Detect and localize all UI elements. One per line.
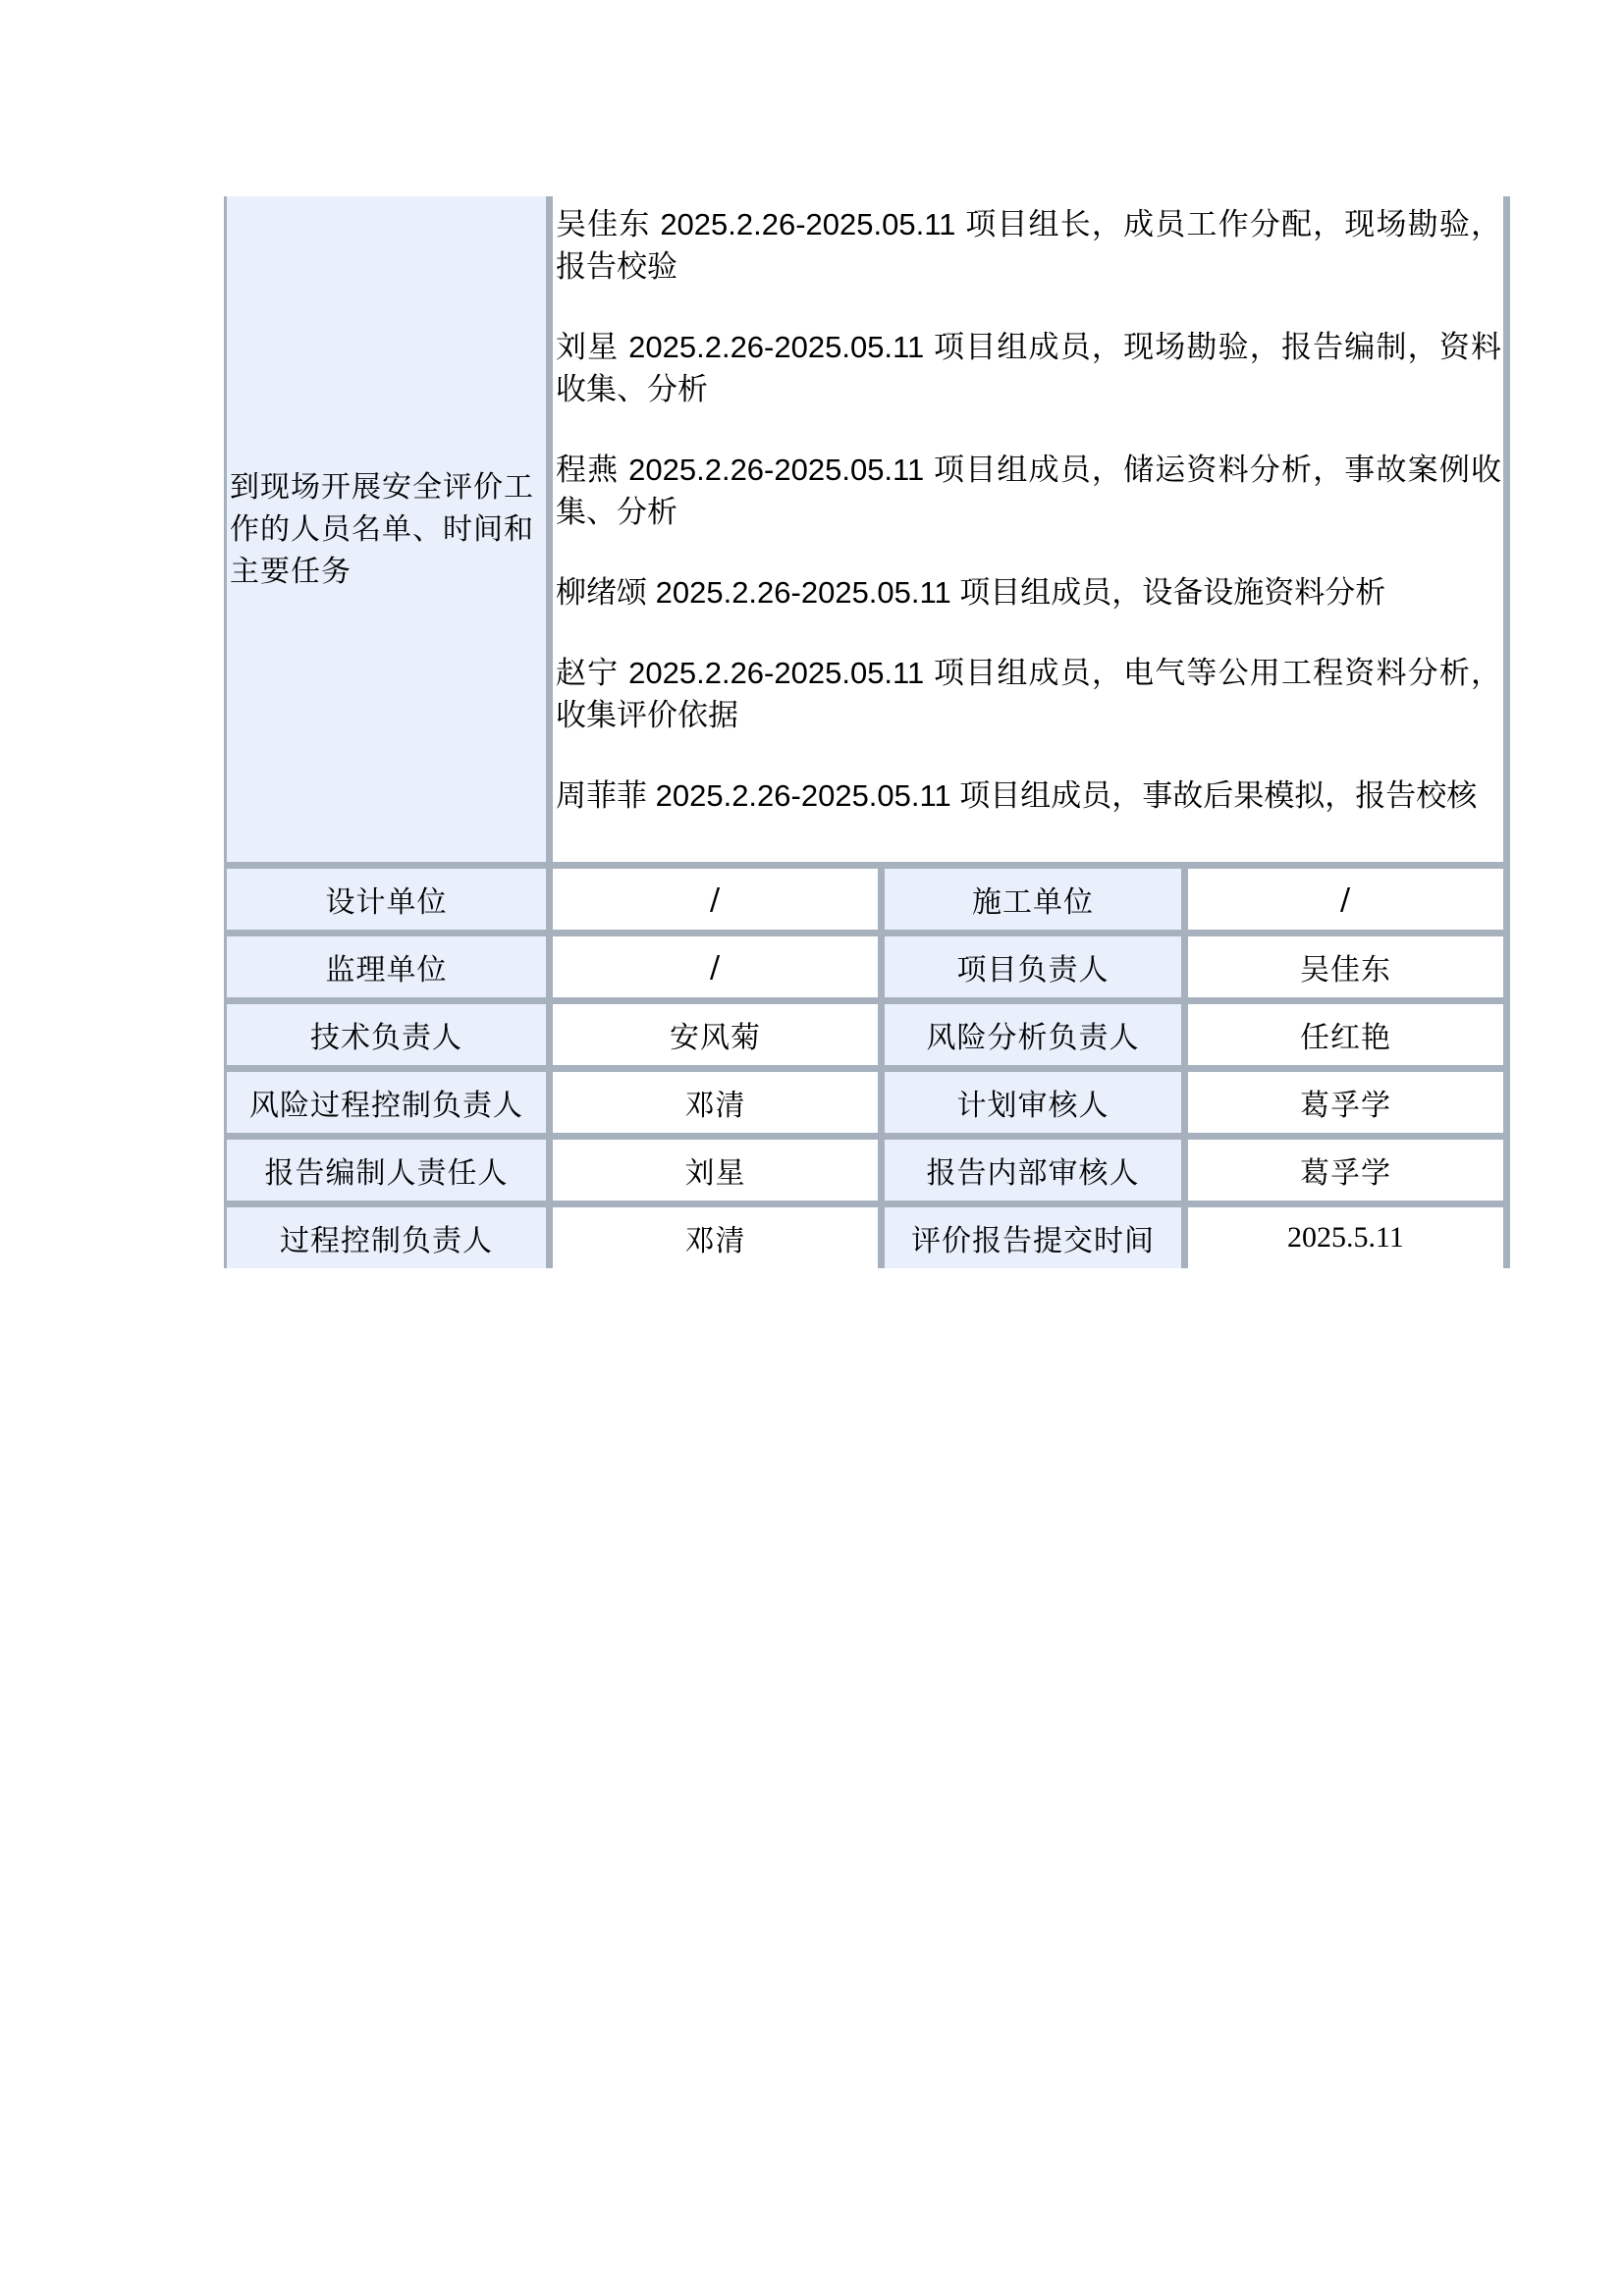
- label-cell: 技术负责人: [224, 1004, 546, 1065]
- row-divider: [224, 1201, 1510, 1207]
- column-divider: [546, 1072, 553, 1133]
- column-divider: [878, 869, 885, 930]
- table-row: 风险过程控制负责人 邓清 计划审核人 葛孚学: [224, 1065, 1510, 1133]
- table-row: 报告编制人责任人 刘星 报告内部审核人 葛孚学: [224, 1133, 1510, 1201]
- label-cell: 设计单位: [224, 869, 546, 930]
- table-row: 过程控制负责人 邓清 评价报告提交时间 2025.5.11: [224, 1201, 1510, 1268]
- right-border: [1503, 869, 1510, 930]
- member-entry: 刘星 2025.2.26-2025.05.11 项目组成员，现场勘验，报告编制，…: [556, 326, 1501, 410]
- value-cell: 邓清: [553, 1072, 878, 1133]
- right-border: [1503, 936, 1510, 997]
- table-row: 设计单位 / 施工单位 /: [224, 862, 1510, 930]
- value-cell: 邓清: [553, 1207, 878, 1268]
- column-divider: [1181, 1004, 1188, 1065]
- table-row: 监理单位 / 项目负责人 吴佳东: [224, 930, 1510, 997]
- value-cell: 安风菊: [553, 1004, 878, 1065]
- row-divider: [224, 997, 1510, 1004]
- personnel-section: 到现场开展安全评价工作的人员名单、时间和主要任务 吴佳东 2025.2.26-2…: [224, 196, 1510, 862]
- member-entry: 柳绪颂 2025.2.26-2025.05.11 项目组成员，设备设施资料分析: [556, 571, 1501, 614]
- personnel-label-cell: 到现场开展安全评价工作的人员名单、时间和主要任务: [224, 196, 546, 862]
- column-divider: [1181, 1207, 1188, 1268]
- row-divider: [224, 862, 1510, 869]
- column-divider: [1181, 869, 1188, 930]
- label-cell: 项目负责人: [885, 936, 1181, 997]
- member-entry: 赵宁 2025.2.26-2025.05.11 项目组成员，电气等公用工程资料分…: [556, 652, 1501, 736]
- right-border: [1503, 1207, 1510, 1268]
- value-cell: /: [553, 869, 878, 930]
- right-border: [1503, 1004, 1510, 1065]
- column-divider: [546, 1207, 553, 1268]
- column-divider: [878, 1140, 885, 1201]
- column-divider: [878, 1072, 885, 1133]
- label-cell: 评价报告提交时间: [885, 1207, 1181, 1268]
- right-border: [1503, 1140, 1510, 1201]
- row-divider: [224, 1133, 1510, 1140]
- column-divider: [878, 1207, 885, 1268]
- label-cell: 报告编制人责任人: [224, 1140, 546, 1201]
- row-divider: [224, 930, 1510, 936]
- column-divider: [546, 869, 553, 930]
- value-cell: /: [1188, 869, 1503, 930]
- label-cell: 监理单位: [224, 936, 546, 997]
- column-divider: [546, 936, 553, 997]
- column-divider: [546, 1140, 553, 1201]
- column-divider: [1181, 1140, 1188, 1201]
- responsibility-grid: 设计单位 / 施工单位 / 监理单位 / 项目负责人 吴佳东: [224, 862, 1510, 1268]
- value-cell: 葛孚学: [1188, 1072, 1503, 1133]
- value-cell: 葛孚学: [1188, 1140, 1503, 1201]
- value-cell: 吴佳东: [1188, 936, 1503, 997]
- column-divider: [546, 196, 553, 862]
- value-cell: 任红艳: [1188, 1004, 1503, 1065]
- column-divider: [1181, 1072, 1188, 1133]
- column-divider: [546, 1004, 553, 1065]
- right-border: [1503, 1072, 1510, 1133]
- submission-date-cell: 2025.5.11: [1188, 1207, 1503, 1268]
- member-entry: 程燕 2025.2.26-2025.05.11 项目组成员，储运资料分析，事故案…: [556, 449, 1501, 533]
- personnel-label: 到现场开展安全评价工作的人员名单、时间和主要任务: [230, 466, 544, 593]
- document-page: 到现场开展安全评价工作的人员名单、时间和主要任务 吴佳东 2025.2.26-2…: [0, 0, 1624, 2296]
- member-entry: 周菲菲 2025.2.26-2025.05.11 项目组成员，事故后果模拟，报告…: [556, 774, 1501, 817]
- value-cell: 刘星: [553, 1140, 878, 1201]
- label-cell: 报告内部审核人: [885, 1140, 1181, 1201]
- column-divider: [878, 1004, 885, 1065]
- row-divider: [224, 1065, 1510, 1072]
- label-cell: 计划审核人: [885, 1072, 1181, 1133]
- value-cell: /: [553, 936, 878, 997]
- label-cell: 过程控制负责人: [224, 1207, 546, 1268]
- label-cell: 风险分析负责人: [885, 1004, 1181, 1065]
- table-row: 技术负责人 安风菊 风险分析负责人 任红艳: [224, 997, 1510, 1065]
- label-cell: 风险过程控制负责人: [224, 1072, 546, 1133]
- member-entry: 吴佳东 2025.2.26-2025.05.11 项目组长，成员工作分配，现场勘…: [556, 203, 1501, 288]
- right-border: [1503, 196, 1510, 862]
- label-cell: 施工单位: [885, 869, 1181, 930]
- personnel-list-cell: 吴佳东 2025.2.26-2025.05.11 项目组长，成员工作分配，现场勘…: [553, 196, 1503, 862]
- column-divider: [878, 936, 885, 997]
- column-divider: [1181, 936, 1188, 997]
